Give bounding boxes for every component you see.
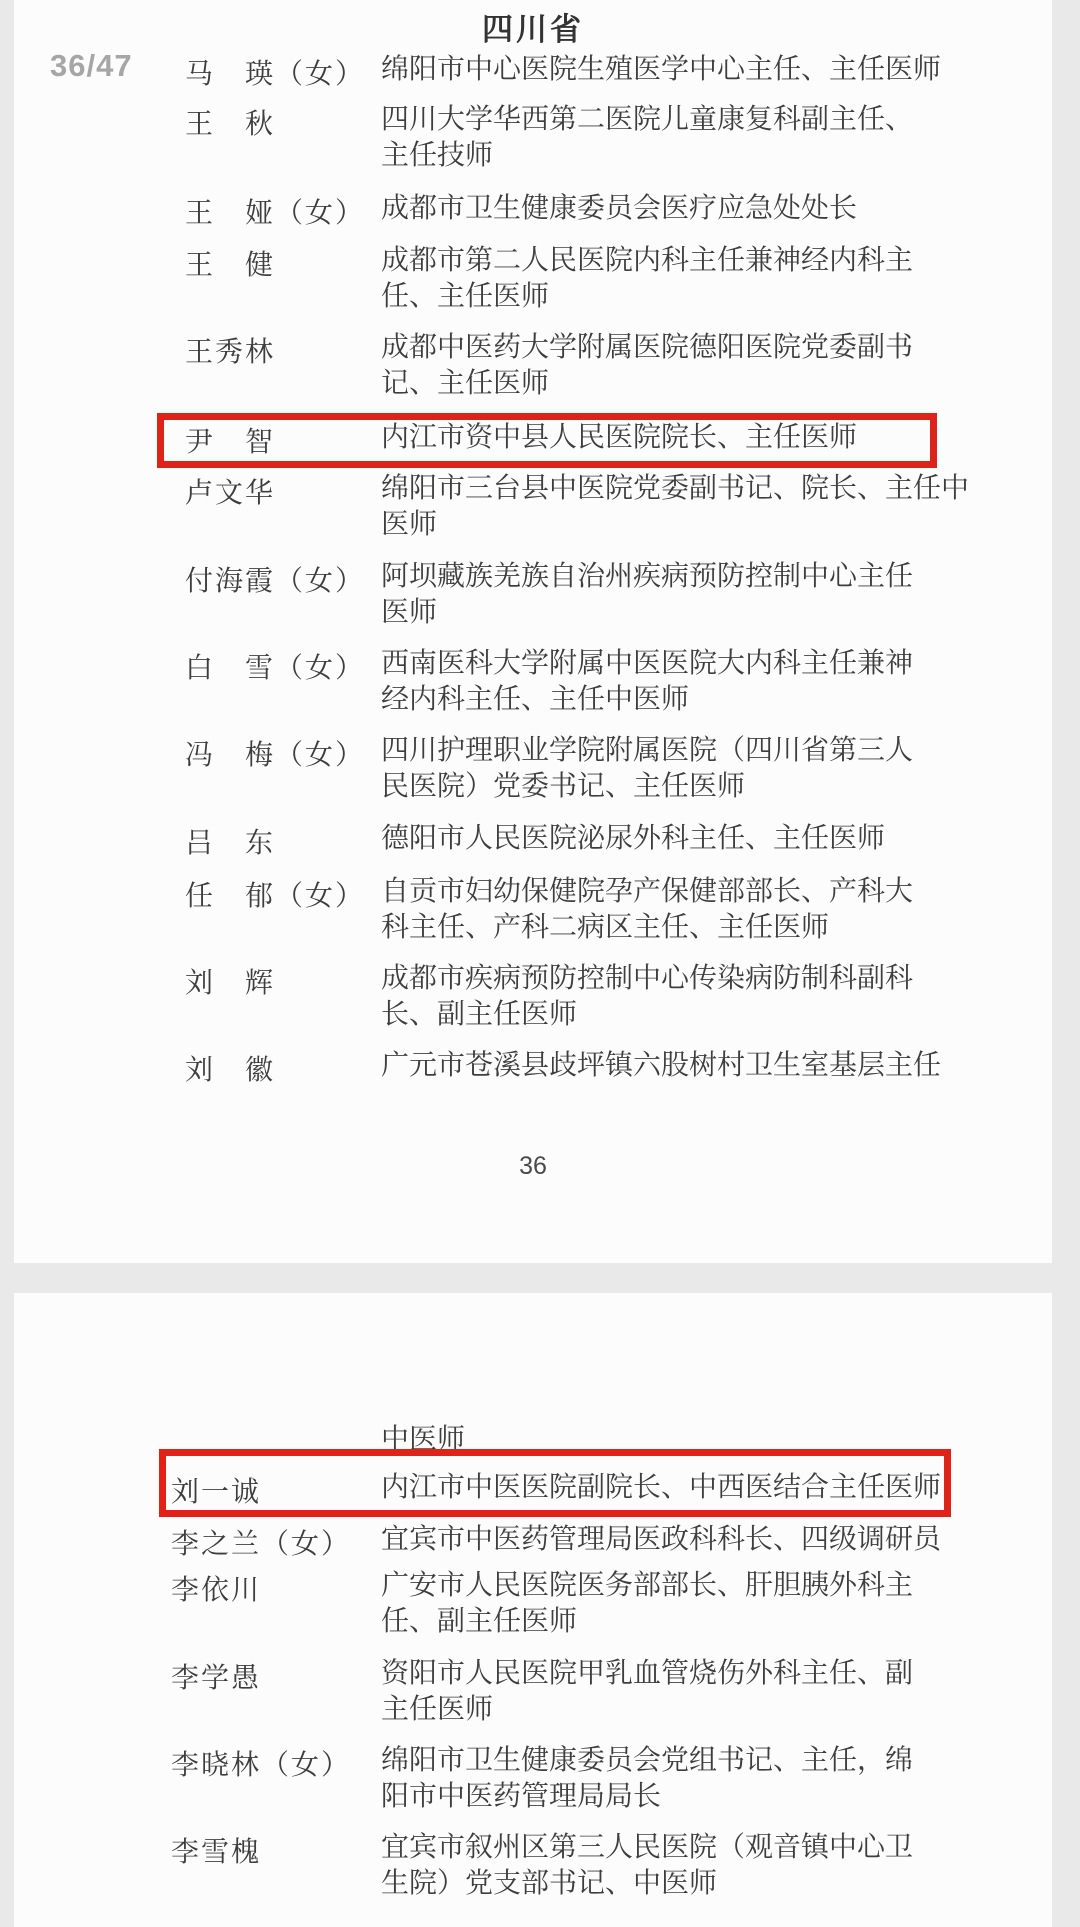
page-indicator: 36/47 (50, 48, 133, 84)
awardee-name: 王 秋 (185, 102, 275, 142)
awardee-name: 李晓林（女） (171, 1743, 351, 1783)
awardee-name: 冯 梅（女） (185, 733, 365, 773)
awardee-title: 四川大学华西第二医院儿童康复科副主任、 主任技师 (381, 102, 1031, 174)
awardee-name: 王 健 (185, 243, 275, 283)
award-entry: 白 雪（女） 西南医科大学附属中医医院大内科主任兼神 经内科主任、主任中医师 (14, 646, 1052, 686)
awardee-name: 李雪槐 (171, 1830, 261, 1870)
awardee-title: 资阳市人民医院甲乳血管烧伤外科主任、副 主任医师 (381, 1656, 1031, 1728)
award-entry: 马 瑛（女） 绵阳市中心医院生殖医学中心主任、主任医师 (14, 52, 1052, 92)
awardee-title: 成都市卫生健康委员会医疗应急处处长 (381, 191, 1031, 227)
award-entry: 王秀林 成都中医药大学附属医院德阳医院党委副书 记、主任医师 (14, 330, 1052, 370)
award-entry: 李学愚 资阳市人民医院甲乳血管烧伤外科主任、副 主任医师 (14, 1656, 1052, 1696)
award-entry: 冯 梅（女） 四川护理职业学院附属医院（四川省第三人 民医院）党委书记、主任医师 (14, 733, 1052, 773)
awardee-title: 成都市第二人民医院内科主任兼神经内科主 任、主任医师 (381, 243, 1031, 315)
awardee-title: 宜宾市叙州区第三人民医院（观音镇中心卫 生院）党支部书记、中医师 (381, 1830, 1031, 1902)
awardee-title: 内江市中医医院副院长、中西医结合主任医师 (381, 1470, 1031, 1506)
award-entry: 王 健 成都市第二人民医院内科主任兼神经内科主 任、主任医师 (14, 243, 1052, 283)
award-entry: 刘 徽 广元市苍溪县歧坪镇六股树村卫生室基层主任 (14, 1048, 1052, 1088)
awardee-name: 王 娅（女） (185, 191, 365, 231)
award-entry: 李依川 广安市人民医院医务部部长、肝胆胰外科主 任、副主任医师 (14, 1568, 1052, 1608)
awardee-title: 广安市人民医院医务部部长、肝胆胰外科主 任、副主任医师 (381, 1568, 1031, 1640)
award-entry: 付海霞（女） 阿坝藏族羌族自治州疾病预防控制中心主任 医师 (14, 559, 1052, 599)
awardee-name: 尹 智 (185, 420, 275, 460)
awardee-title: 自贡市妇幼保健院孕产保健部部长、产科大 科主任、产科二病区主任、主任医师 (381, 874, 1031, 946)
awardee-name: 王秀林 (185, 330, 275, 370)
awardee-name: 刘 徽 (185, 1048, 275, 1088)
awardee-title: 阿坝藏族羌族自治州疾病预防控制中心主任 医师 (381, 559, 1031, 631)
award-entry: 卢文华 绵阳市三台县中医院党委副书记、院长、主任中 医师 (14, 471, 1052, 511)
page-number: 36 (14, 1152, 1052, 1181)
awardee-name: 李依川 (171, 1568, 261, 1608)
awardee-title: 内江市资中县人民医院院长、主任医师 (381, 420, 1031, 456)
awardee-title: 西南医科大学附属中医医院大内科主任兼神 经内科主任、主任中医师 (381, 646, 1031, 718)
award-entry: 李晓林（女） 绵阳市卫生健康委员会党组书记、主任，绵 阳市中医药管理局局长 (14, 1743, 1052, 1783)
awardee-title: 成都市疾病预防控制中心传染病防制科副科 长、副主任医师 (381, 961, 1031, 1033)
awardee-title: 四川护理职业学院附属医院（四川省第三人 民医院）党委书记、主任医师 (381, 733, 1031, 805)
awardee-name: 白 雪（女） (185, 646, 365, 686)
awardee-title: 广元市苍溪县歧坪镇六股树村卫生室基层主任 (381, 1048, 1031, 1084)
document-page-36: 四川省 马 瑛（女） 绵阳市中心医院生殖医学中心主任、主任医师 王 秋 四川大学… (14, 0, 1052, 1263)
province-title: 四川省 (14, 4, 1052, 49)
award-entry: 李之兰（女） 宜宾市中医药管理局医政科科长、四级调研员 (14, 1522, 1052, 1562)
awardee-name: 刘 辉 (185, 961, 275, 1001)
award-entry-highlighted: 刘一诚 内江市中医医院副院长、中西医结合主任医师 (14, 1470, 1052, 1510)
award-entry: 王 秋 四川大学华西第二医院儿童康复科副主任、 主任技师 (14, 102, 1052, 142)
awardee-title: 绵阳市中心医院生殖医学中心主任、主任医师 (381, 52, 1031, 88)
award-entry: 刘 辉 成都市疾病预防控制中心传染病防制科副科 长、副主任医师 (14, 961, 1052, 1001)
awardee-title: 德阳市人民医院泌尿外科主任、主任医师 (381, 821, 1031, 857)
awardee-name: 卢文华 (185, 471, 275, 511)
awardee-title: 宜宾市中医药管理局医政科科长、四级调研员 (381, 1522, 1031, 1558)
award-entry: 王 娅（女） 成都市卫生健康委员会医疗应急处处长 (14, 191, 1052, 231)
awardee-title: 成都中医药大学附属医院德阳医院党委副书 记、主任医师 (381, 330, 1031, 402)
awardee-name: 任 郁（女） (185, 874, 365, 914)
awardee-name: 刘一诚 (171, 1470, 261, 1510)
awardee-name: 李学愚 (171, 1656, 261, 1696)
awardee-title: 绵阳市卫生健康委员会党组书记、主任，绵 阳市中医药管理局局长 (381, 1743, 1031, 1815)
document-viewer: 四川省 马 瑛（女） 绵阳市中心医院生殖医学中心主任、主任医师 王 秋 四川大学… (0, 0, 1080, 1927)
awardee-name: 马 瑛（女） (185, 52, 365, 92)
award-entry: 任 郁（女） 自贡市妇幼保健院孕产保健部部长、产科大 科主任、产科二病区主任、主… (14, 874, 1052, 914)
award-entry-highlighted: 尹 智 内江市资中县人民医院院长、主任医师 (14, 420, 1052, 460)
awardee-name: 吕 东 (185, 821, 275, 861)
awardee-title: 绵阳市三台县中医院党委副书记、院长、主任中 医师 (381, 471, 1031, 543)
document-page-37: 中医师 刘一诚 内江市中医医院副院长、中西医结合主任医师 李之兰（女） 宜宾市中… (14, 1293, 1052, 1927)
awardee-name: 李之兰（女） (171, 1522, 351, 1562)
awardee-name: 付海霞（女） (185, 559, 365, 599)
award-entry: 吕 东 德阳市人民医院泌尿外科主任、主任医师 (14, 821, 1052, 861)
award-entry: 李雪槐 宜宾市叙州区第三人民医院（观音镇中心卫 生院）党支部书记、中医师 (14, 1830, 1052, 1870)
